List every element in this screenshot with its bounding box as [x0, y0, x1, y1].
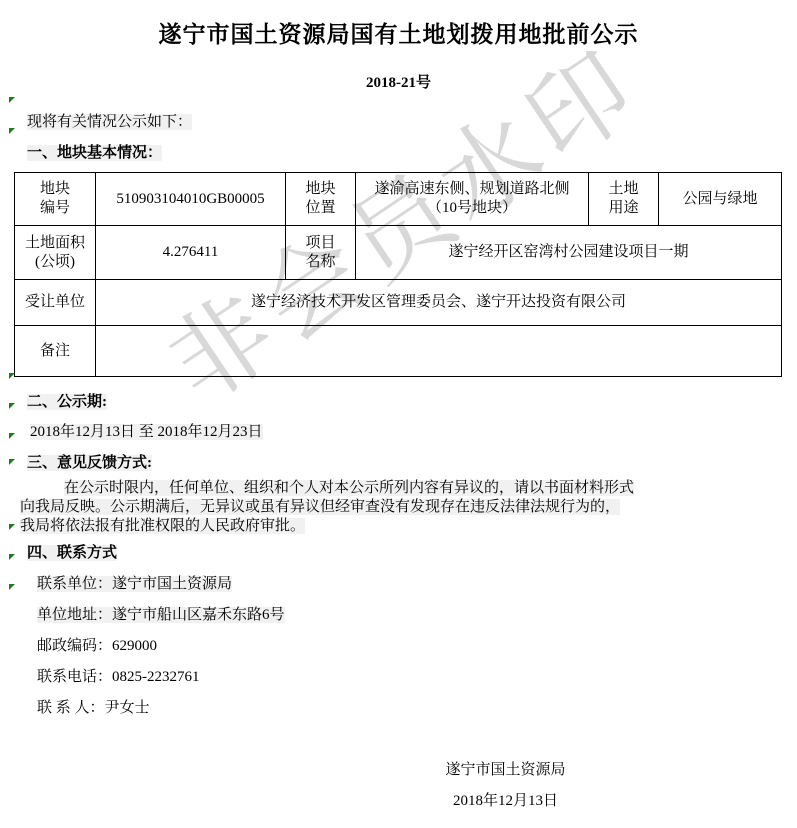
parcel-number-label: 地块 编号 [15, 173, 96, 226]
parcel-location-value: 遂渝高速东侧、规划道路北侧（10号地块） [356, 173, 589, 226]
intro-line: 现将有关情况公示如下： [27, 114, 797, 131]
parcel-location-label: 地块 位置 [286, 173, 356, 226]
signature-block: 遂宁市国土资源局 2018年12月13日 [0, 762, 797, 810]
contact-person: 联 系 人：尹女士 [37, 700, 797, 717]
publicity-period: 2018年12月13日 至 2018年12月23日 [30, 424, 797, 441]
section2-heading: 二、公示期: [27, 394, 797, 411]
contact-postcode: 邮政编码：629000 [37, 638, 797, 655]
table-row: 受让单位 遂宁经济技术开发区管理委员会、遂宁开达投资有限公司 [15, 280, 782, 326]
remarks-value [96, 326, 782, 377]
revision-mark-icon [9, 554, 15, 560]
revision-mark-icon [9, 524, 15, 530]
transferee-label: 受让单位 [15, 280, 96, 326]
revision-mark-icon [9, 128, 15, 134]
revision-mark-icon [9, 433, 15, 439]
remarks-label: 备注 [15, 326, 96, 377]
section4-heading: 四、联系方式 [27, 545, 797, 562]
revision-mark-icon [9, 97, 15, 103]
signature-organization: 遂宁市国土资源局 [214, 762, 797, 779]
paragraph-line: 向我局反映。公示期满后，无异议或虽有异议但经审查没有发现存在违反法律法规行为的， [20, 498, 765, 517]
transferee-value: 遂宁经济技术开发区管理委员会、遂宁开达投资有限公司 [96, 280, 782, 326]
land-use-value: 公园与绿地 [659, 173, 782, 226]
contact-phone: 联系电话：0825-2232761 [37, 669, 797, 686]
section1-heading: 一、地块基本情况： [27, 145, 797, 162]
project-name-value: 遂宁经开区窑湾村公园建设项目一期 [356, 226, 782, 280]
feedback-paragraph: 在公示时限内，任何单位、组织和个人对本公示所列内容有异议的，请以书面材料形式 向… [20, 479, 765, 536]
parcel-number-value: 510903104010GB00005 [96, 173, 286, 226]
paragraph-line: 在公示时限内，任何单位、组织和个人对本公示所列内容有异议的，请以书面材料形式 [20, 479, 765, 498]
land-area-value: 4.276411 [96, 226, 286, 280]
contact-address: 单位地址：遂宁市船山区嘉禾东路6号 [37, 607, 797, 624]
page-title: 遂宁市国土资源局国有土地划拨用地批前公示 [0, 0, 797, 49]
project-name-label: 项目 名称 [286, 226, 356, 280]
land-use-label: 土地 用途 [589, 173, 659, 226]
document-number: 2018-21号 [0, 75, 797, 92]
land-area-label: 土地面积 (公顷) [15, 226, 96, 280]
signature-date: 2018年12月13日 [214, 793, 797, 810]
paragraph-line: 我局将依法报有批准权限的人民政府审批。 [20, 517, 765, 536]
table-row: 土地面积 (公顷) 4.276411 项目 名称 遂宁经开区窑湾村公园建设项目一… [15, 226, 782, 280]
revision-mark-icon [9, 403, 15, 409]
land-info-table: 地块 编号 510903104010GB00005 地块 位置 遂渝高速东侧、规… [14, 172, 782, 377]
revision-mark-icon [9, 373, 15, 379]
table-row: 地块 编号 510903104010GB00005 地块 位置 遂渝高速东侧、规… [15, 173, 782, 226]
table-row: 备注 [15, 326, 782, 377]
revision-mark-icon [9, 584, 15, 590]
notice-document: 非会员水印 遂宁市国土资源局国有土地划拨用地批前公示 2018-21号 现将有关… [0, 0, 797, 828]
revision-mark-icon [9, 459, 15, 465]
section3-heading: 三、意见反馈方式: [27, 455, 797, 472]
contact-unit: 联系单位：遂宁市国土资源局 [37, 576, 797, 593]
